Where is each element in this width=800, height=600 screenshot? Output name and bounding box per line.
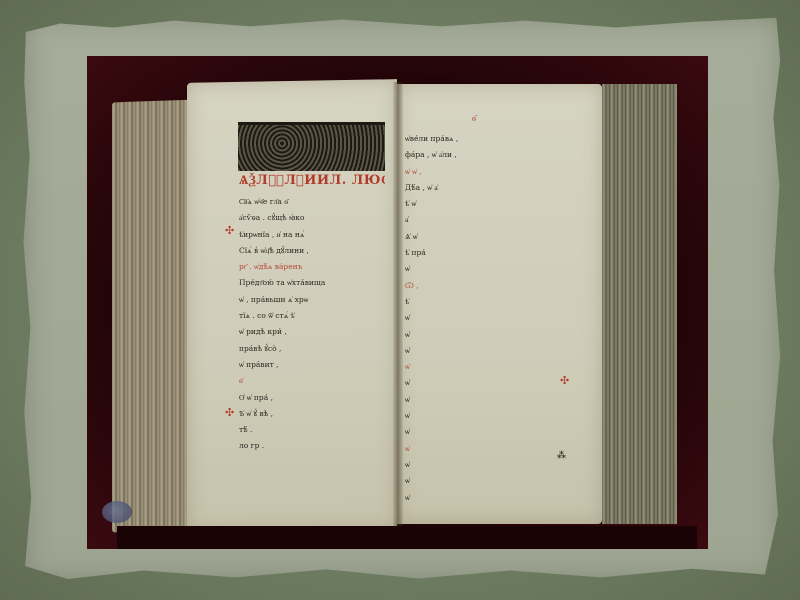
text-line: Ѿ ,: [405, 278, 557, 294]
left-page-text: С҇в҃ѧ ѡ҆ч҃е гл҃а ѳ҃ а҆сѷѳа . сꙋ́щѣ ꙗ҆ко …: [239, 194, 387, 514]
text-line: ѡ҆: [405, 375, 557, 391]
text-line: ѣ҆ ѡ҆: [405, 196, 557, 212]
text-line: пра́вѣ ꙋ́со̀ ,: [239, 341, 387, 357]
text-line: ѡ҆: [405, 441, 557, 457]
folio-number: ѳ҃: [472, 114, 476, 123]
book-shadow: [117, 526, 697, 549]
text-line: ѡ҆: [405, 343, 557, 359]
text-line: ѡ҆ , пра́вьши ѧ҆ хрѡ: [239, 292, 387, 308]
text-line: рг҃ . ѡ҆дѣ́ѧ ва́ренъ: [239, 259, 387, 275]
text-line: ѡ҆: [405, 327, 557, 343]
text-line: Пре́дт҃ою́ та ѡ҆хта́вища: [239, 275, 387, 291]
text-line: ѡ҆: [405, 359, 557, 375]
text-line: ѡ҆ве́ли пра́вѧ ,: [405, 131, 557, 147]
right-page-text: ѡ҆ве́ли пра́вѧ , фа́ра , ѡ҆ а҆ли , ѡ҆ ѡ҆…: [405, 131, 557, 511]
text-line: ѳ҃: [239, 373, 387, 389]
text-line: ѣ҆ пра́: [405, 245, 557, 261]
red-cross-mark: ✣: [225, 406, 234, 419]
text-line: Ѧ҆ ѡ҆: [405, 229, 557, 245]
book-gutter: [393, 82, 403, 528]
text-line: ло гр .: [239, 438, 387, 454]
text-line: ѡ҆: [405, 473, 557, 489]
text-line: ѡ҆: [405, 424, 557, 440]
text-line: ѡ҆: [405, 457, 557, 473]
page-title-rubric: ѦѮЛѠⷮЛⷶИИЛ. ЛЮѠѦ: [239, 172, 385, 192]
text-line: ѣ҆ирѡнїа , и҆ на нѧ́: [239, 227, 387, 243]
text-line: тїѧ . со ѿ҆ стѧ́ ѣ҆: [239, 308, 387, 324]
bookmark-ribbon: [102, 501, 132, 523]
text-line: ѡ҆: [405, 392, 557, 408]
text-line: ѡ҆: [405, 310, 557, 326]
text-line: ѡ҆: [405, 490, 557, 506]
text-line: ѣ҆: [405, 294, 557, 310]
book-photograph: ѦѮЛѠⷮЛⷶИИЛ. ЛЮѠѦ С҇в҃ѧ ѡ҆ч҃е гл҃а ѳ҃ а҆с…: [87, 56, 708, 549]
text-line: Дѣ́а , ѡ҆ а҆: [405, 180, 557, 196]
text-line: ѡ҆: [405, 261, 557, 277]
text-line: ѡ҆ ѡ҆ ,: [405, 164, 557, 180]
text-line: а҆сѷѳа . сꙋ́щѣ ꙗ҆ко: [239, 210, 387, 226]
text-line: фа́ра , ѡ҆ а҆ли ,: [405, 147, 557, 163]
ornamental-headpiece: [238, 122, 385, 171]
text-line: ѡ҆ пра́вит ,: [239, 357, 387, 373]
red-cross-mark: ✣: [560, 374, 569, 387]
end-ornament: ⁂: [557, 451, 566, 461]
book-page-edges-left: [112, 100, 194, 533]
text-line: тѣ́ .: [239, 422, 387, 438]
book-page-edges-right: [602, 84, 677, 524]
text-line: а҆: [405, 212, 557, 228]
text-line: Ѣ҆ ѡ҆ ꙋ́ вѣ ,: [239, 406, 387, 422]
text-line: ѡ҆: [405, 408, 557, 424]
text-line: О҆ ѡ҆ пра́ ,: [239, 390, 387, 406]
text-line: ѡ҆ ридѣ кри́ ,: [239, 324, 387, 340]
red-cross-mark: ✣: [225, 224, 234, 237]
text-line: Сїѧ́ в̾ ѡ҆ц҃ѣ дꙋ́лини ,: [239, 243, 387, 259]
text-line: С҇в҃ѧ ѡ҆ч҃е гл҃а ѳ҃: [239, 194, 387, 210]
